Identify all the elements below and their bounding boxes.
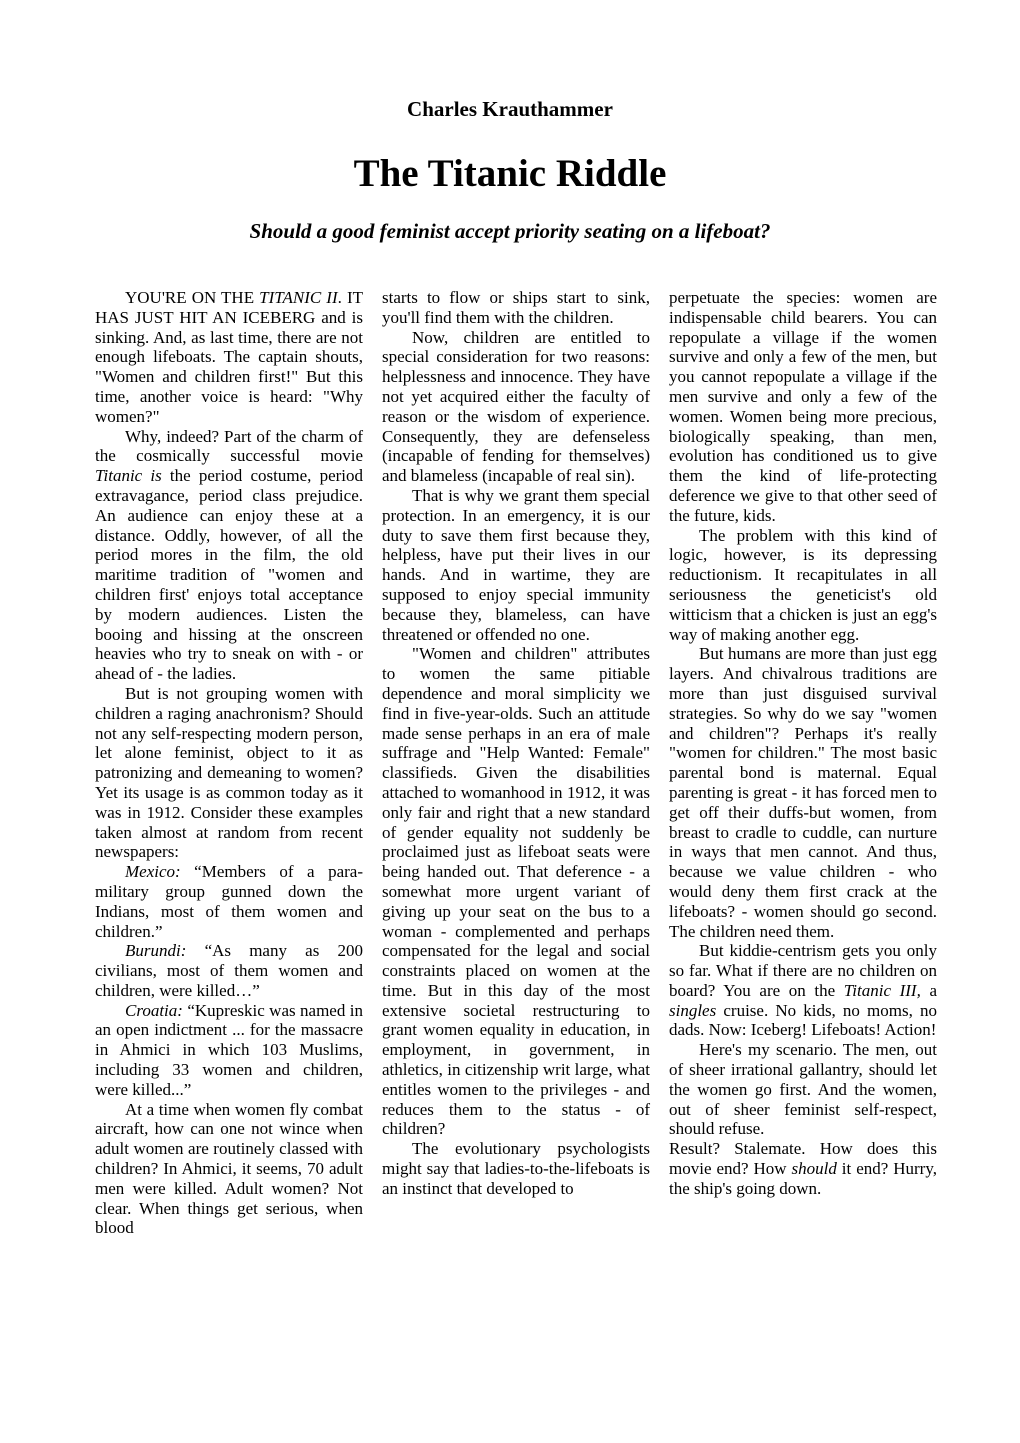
italic-text-run: Croatia: — [125, 1001, 183, 1020]
paragraph: Mexico: “Members of a para-military grou… — [95, 862, 363, 941]
text-run: Why, indeed? Part of the charm of the co… — [95, 427, 363, 466]
text-run: Here's my scenario. The men, out of shee… — [669, 1040, 937, 1138]
text-run: But humans are more than just egg layers… — [669, 644, 937, 940]
paragraph: perpetuate the species: women are indisp… — [669, 288, 937, 526]
text-run: "Women and children" attributes to women… — [382, 644, 650, 1138]
article-column-1: YOU'RE ON THE TITANIC II. IT HAS JUST HI… — [95, 288, 363, 1238]
text-run: At a time when women fly combat aircraft… — [95, 1100, 363, 1238]
author-byline: Charles Krauthammer — [0, 96, 1020, 122]
italic-text-run: singles — [669, 1001, 716, 1020]
paragraph: Here's my scenario. The men, out of shee… — [669, 1040, 937, 1139]
paragraph: Burundi: “As many as 200 civilians, most… — [95, 941, 363, 1000]
paragraph: starts to flow or ships start to sink, y… — [382, 288, 650, 328]
paragraph: "Women and children" attributes to women… — [382, 644, 650, 1139]
paragraph: Croatia: “Kupreskic was named in an open… — [95, 1001, 363, 1100]
italic-text-run: Titanic is — [95, 466, 162, 485]
article-column-3: perpetuate the species: women are indisp… — [669, 288, 937, 1238]
paragraph: At a time when women fly combat aircraft… — [95, 1100, 363, 1239]
paragraph: The problem with this kind of logic, how… — [669, 526, 937, 645]
text-run: starts to flow or ships start to sink, y… — [382, 288, 650, 327]
article-title: The Titanic Riddle — [0, 152, 1020, 196]
paragraph: YOU'RE ON THE TITANIC II. IT HAS JUST HI… — [95, 288, 363, 427]
article-header: Charles Krauthammer The Titanic Riddle S… — [0, 0, 1020, 244]
article-body: YOU'RE ON THE TITANIC II. IT HAS JUST HI… — [95, 288, 937, 1238]
paragraph: But humans are more than just egg layers… — [669, 644, 937, 941]
text-run: YOU'RE ON THE — [125, 288, 259, 307]
italic-text-run: Burundi: — [125, 941, 186, 960]
italic-text-run: Titanic III, — [844, 981, 921, 1000]
paragraph: Why, indeed? Part of the charm of the co… — [95, 427, 363, 684]
paragraph: The evolutionary psychologists might say… — [382, 1139, 650, 1198]
paragraph: But kiddie-centrism gets you only so far… — [669, 941, 937, 1040]
article-subtitle: Should a good feminist accept priority s… — [0, 218, 1020, 244]
text-run: . IT HAS JUST HIT AN ICEBERG and is sink… — [95, 288, 363, 426]
document-page: Charles Krauthammer The Titanic Riddle S… — [0, 0, 1020, 1443]
text-run: a — [921, 981, 937, 1000]
text-run: That is why we grant them special protec… — [382, 486, 650, 644]
paragraph: That is why we grant them special protec… — [382, 486, 650, 644]
paragraph: Result? Stalemate. How does this movie e… — [669, 1139, 937, 1198]
italic-text-run: Mexico: — [125, 862, 181, 881]
text-run: The problem with this kind of logic, how… — [669, 526, 937, 644]
text-run: perpetuate the species: women are indisp… — [669, 288, 937, 525]
paragraph: But is not grouping women with children … — [95, 684, 363, 862]
italic-text-run: TITANIC II — [259, 288, 337, 307]
text-run: But is not grouping women with children … — [95, 684, 363, 861]
italic-text-run: should — [792, 1159, 837, 1178]
text-run: the period costume, period extravagance,… — [95, 466, 363, 683]
text-run: Now, children are entitled to special co… — [382, 328, 650, 486]
paragraph: Now, children are entitled to special co… — [382, 328, 650, 486]
article-column-2: starts to flow or ships start to sink, y… — [382, 288, 650, 1238]
text-run: The evolutionary psychologists might say… — [382, 1139, 650, 1198]
